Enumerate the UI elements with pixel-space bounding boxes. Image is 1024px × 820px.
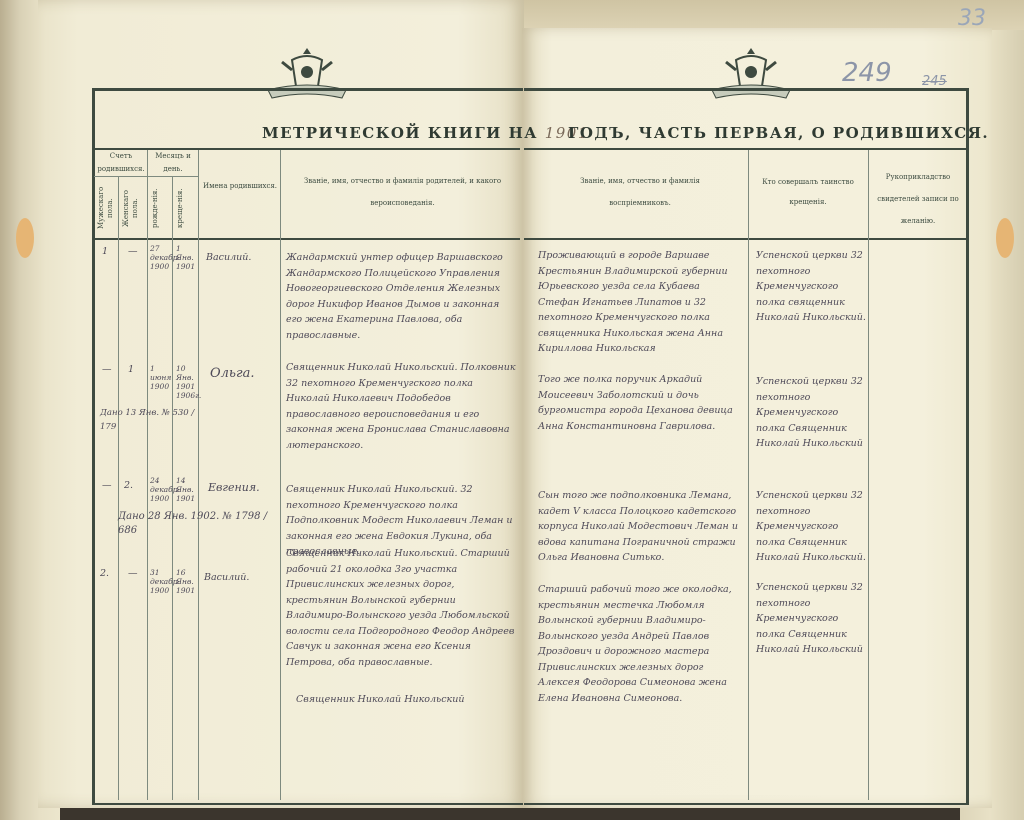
- record-priest: Успенской церкви 32 пехотного Кременчугс…: [756, 374, 866, 452]
- subheader-rule: [150, 176, 198, 177]
- record-godparents: Старший рабочий того же околодка, кресть…: [538, 582, 744, 706]
- record-priest: Успенской церкви 32 пехотного Кременчугс…: [756, 580, 866, 658]
- header-names: Имена родившихся.: [200, 180, 280, 193]
- record-godparents: Того же полка поручик Аркадий Моисеевич …: [538, 372, 744, 434]
- record-child-name: Евгения.: [208, 480, 260, 496]
- record-birth-date: 1 июня 1900: [150, 364, 174, 391]
- header-baptized: креще-нія.: [176, 182, 194, 234]
- record-male-count: 2.: [100, 566, 109, 582]
- page-tab-right: [996, 218, 1014, 258]
- column-line: [198, 150, 199, 800]
- column-line: [280, 150, 281, 800]
- header-priest: Кто совершалъ таинство крещенія.: [752, 172, 864, 212]
- record-child-name: Василий.: [204, 570, 249, 586]
- header-godparents: Званіе, имя, отчество и фамилія воспріем…: [560, 170, 720, 214]
- record-female-count: —: [128, 566, 138, 582]
- header-count: Счетъ родившихся.: [94, 150, 148, 176]
- header-rule: [524, 148, 966, 150]
- record-parents: Жандармский унтер офицер Варшавского Жан…: [286, 250, 518, 343]
- record-baptism-date: 1 Янв. 1901: [176, 244, 198, 271]
- header-female: Женскаго пола.: [122, 182, 142, 234]
- record-birth-date: 27 декабр. 1900: [150, 244, 174, 271]
- record-baptism-date: 14 Янв. 1901: [176, 476, 198, 503]
- record-child-name: Ольга.: [210, 366, 254, 382]
- record-male-count: —: [102, 362, 112, 378]
- column-line: [147, 150, 148, 800]
- record-godparents: Проживающий в городе Варшаве Крестьянин …: [538, 248, 744, 357]
- header-male: Мужескаго пола.: [97, 182, 115, 234]
- header-rule: [94, 238, 520, 240]
- header-month-day: Месяцъ и день.: [148, 150, 198, 176]
- header-born: рожде-нія.: [151, 182, 169, 234]
- record-child-name: Василий.: [206, 250, 251, 266]
- register-title-right: ГОДЪ, ЧАСТЬ ПЕРВАЯ, О РОДИВШИХСЯ.: [568, 124, 989, 142]
- top-page-strip: [522, 0, 1024, 30]
- record-signature: Священник Николай Никольский: [296, 692, 516, 708]
- record-baptism-date: 16 Янв. 1901: [176, 568, 198, 595]
- record-parents: Священник Николай Никольский. Старший ра…: [286, 546, 518, 670]
- record-birth-date: 31 декабр. 1900: [150, 568, 174, 595]
- record-female-count: 1: [128, 362, 134, 378]
- record-male-count: —: [102, 478, 112, 494]
- record-priest: Успенской церкви 32 пехотного Кременчугс…: [756, 248, 866, 326]
- record-godparents: Сын того же подполковника Лемана, кадет …: [538, 488, 744, 566]
- record-birth-date: 24 декабр. 1900: [150, 476, 174, 503]
- register-title-left: МЕТРИЧЕСКОЙ КНИГИ НА 1901: [262, 124, 589, 142]
- header-signatures: Рукоприкладство свидетелей записи по жел…: [870, 166, 966, 232]
- record-parents: Священник Николай Никольский. Полковник …: [286, 360, 518, 453]
- record-baptism-date: 10 Янв. 1901 1906г.: [176, 364, 198, 400]
- record-issue-note: Дано 28 Янв. 1902. № 1798 / 686: [118, 510, 278, 538]
- record-female-count: 2.: [124, 478, 133, 494]
- record-priest: Успенской церкви 32 пехотного Кременчугс…: [756, 488, 866, 566]
- title-left-text: МЕТРИЧЕСКОЙ КНИГИ НА: [262, 124, 538, 142]
- stamp-page-number: 33: [958, 6, 986, 31]
- column-line: [748, 150, 749, 800]
- header-rule: [524, 238, 966, 240]
- pencil-page-number: 249: [842, 58, 892, 88]
- header-parents: Званіе, имя, отчество и фамилія родителе…: [290, 170, 515, 214]
- struck-page-number: 245: [922, 74, 947, 89]
- page-tab-left: [16, 218, 34, 258]
- record-female-count: —: [128, 244, 138, 260]
- record-issue-note: Дано 13 Янв. № 530 / 179: [100, 406, 200, 434]
- column-line: [868, 150, 869, 800]
- record-male-count: 1: [102, 244, 108, 260]
- column-line: [118, 176, 119, 800]
